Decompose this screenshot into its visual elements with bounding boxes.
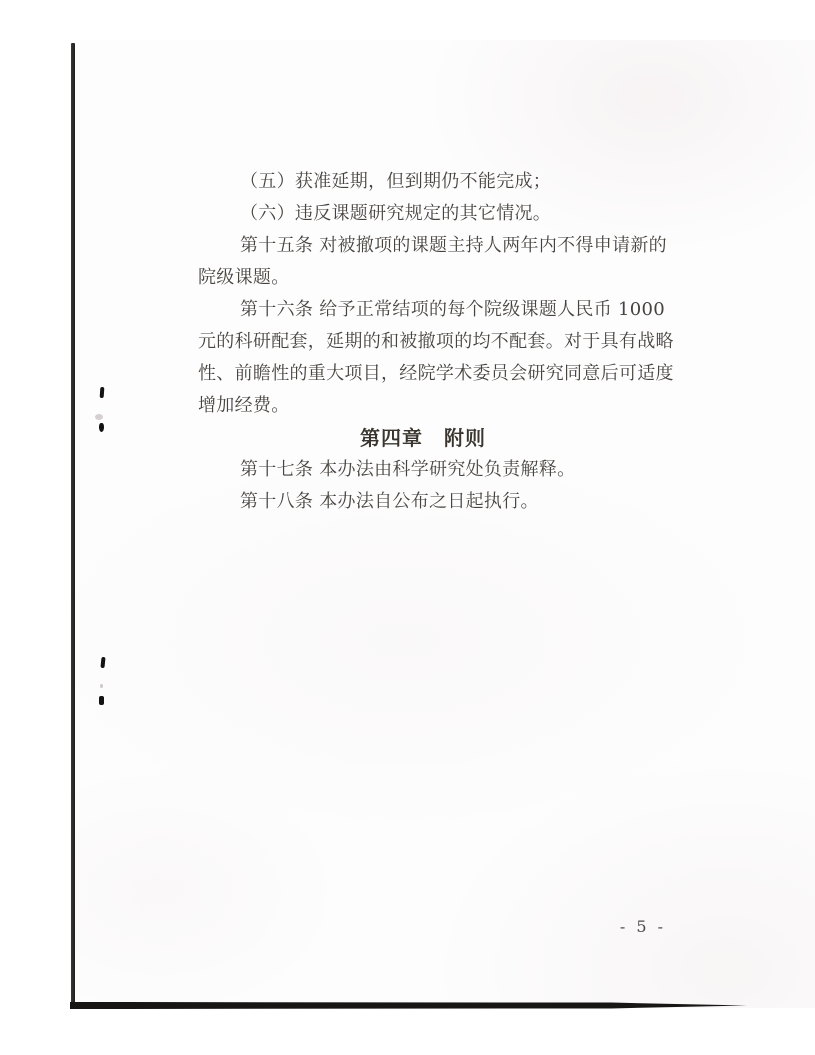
article-15-line: 第十五条 对被撤项的课题主持人两年内不得申请新的 (198, 230, 664, 262)
chapter-heading: 第四章 附则 (190, 422, 656, 454)
ink-mark (99, 696, 104, 705)
scanned-document: （五）获准延期，但到期仍不能完成； （六）违反课题研究规定的其它情况。 第十五条… (0, 0, 815, 1055)
article-15-line: 院级课题。 (198, 262, 664, 294)
article-16-line: 元的科研配套，延期的和被撤项的均不配套。对于具有战略 (198, 326, 664, 358)
document-text: （五）获准延期，但到期仍不能完成； （六）违反课题研究规定的其它情况。 第十五条… (198, 166, 664, 518)
article-17-line: 第十七条 本办法由科学研究处负责解释。 (198, 454, 664, 486)
article-16-line: 第十六条 给予正常结项的每个院级课题人民币 1000 (198, 294, 664, 326)
article-18-line: 第十八条 本办法自公布之日起执行。 (198, 486, 664, 518)
ink-smudge (95, 414, 103, 420)
article-16-line: 性、前瞻性的重大项目，经院学术委员会研究同意后可适度 (198, 358, 664, 390)
clause-line: （五）获准延期，但到期仍不能完成； (198, 166, 664, 198)
ink-mark (100, 387, 105, 398)
clause-line: （六）违反课题研究规定的其它情况。 (198, 198, 664, 230)
page-number: - 5 - (598, 917, 688, 936)
page-left-edge-shadow (71, 43, 75, 1005)
ink-smudge (100, 684, 103, 688)
ink-mark (99, 423, 104, 432)
article-16-line: 增加经费。 (198, 390, 664, 422)
